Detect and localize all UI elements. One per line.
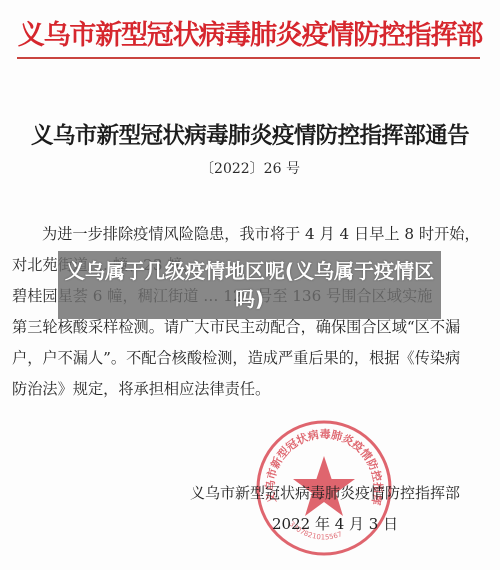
article-title-overlay: 义乌属于几级疫情地区呢(义乌属于疫情区吗) <box>58 251 441 319</box>
signature-org-name: 义乌市新型冠状病毒肺炎疫情防控指挥部 <box>190 482 460 503</box>
notice-title: 义乌市新型冠状病毒肺炎疫情防控指挥部通告 <box>0 118 500 150</box>
body-line: 户，户不漏人”。不配合核酸检测，造成严重后果的，根据《传染病 <box>12 343 490 374</box>
red-header-org-name: 义乌市新型冠状病毒肺炎疫情防控指挥部 <box>0 13 500 52</box>
notice-document: 义乌市新型冠状病毒肺炎疫情防控指挥部 义乌市新型冠状病毒肺炎疫情防控指挥部通告 … <box>0 0 500 570</box>
signature-date: 2022 年 4 月 3 日 <box>272 513 398 534</box>
body-line: 为进一步排除疫情风险隐患，我市将于 4 月 4 日早上 8 时开始， <box>12 219 490 250</box>
body-line: 防治法》规定，将承担相应法律责任。 <box>12 374 490 405</box>
red-divider-line <box>17 57 480 59</box>
document-number: 〔2022〕26 号 <box>0 158 500 178</box>
overlay-title: 义乌属于几级疫情地区呢(义乌属于疫情区吗) <box>58 257 441 313</box>
